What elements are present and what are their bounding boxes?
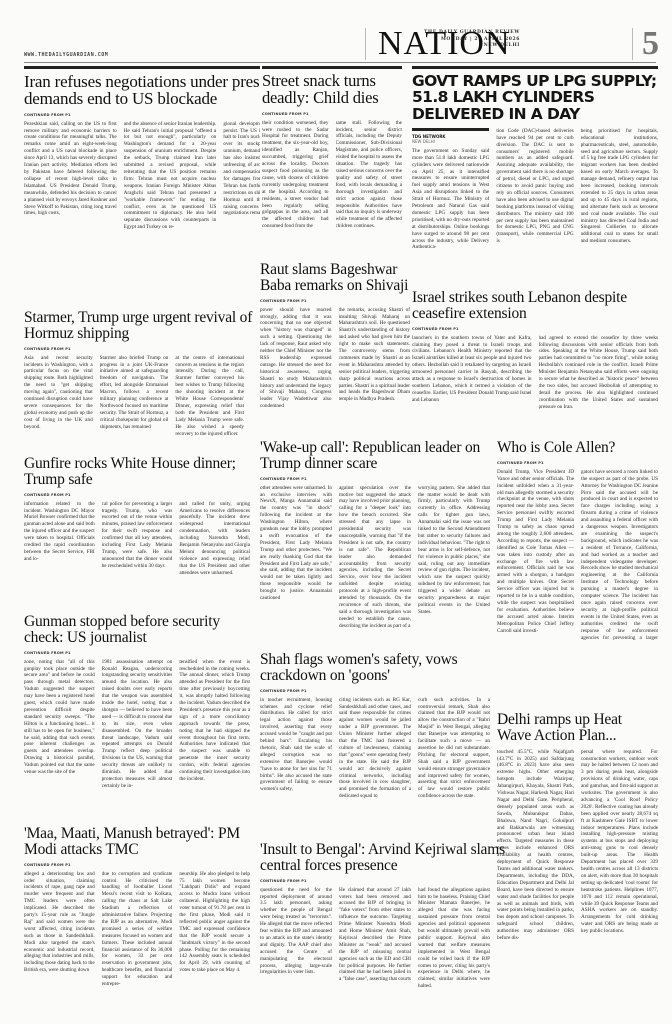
headline[interactable]: Gunman stopped before security check: US… bbox=[24, 614, 250, 646]
headline[interactable]: Gunfire rocks White House dinner; Trump … bbox=[24, 456, 250, 488]
article-column: other attendees were unharmed. In an exc… bbox=[260, 485, 332, 640]
article-column: questioned the need for the reported dep… bbox=[260, 887, 332, 1015]
headline[interactable]: 'Insult to Bengal': Arvind Kejriwal slam… bbox=[260, 842, 520, 874]
article-column: tensified when the event is rescheduled … bbox=[179, 659, 250, 801]
headline[interactable]: Shah flags women's safety, vows crackdow… bbox=[260, 652, 520, 684]
headline[interactable]: Street snack turns deadly: Child dies bbox=[262, 73, 402, 107]
headline[interactable]: 'Wake-up call': Republican leader on Tru… bbox=[260, 440, 490, 472]
article-wake-up-call: 'Wake-up call': Republican leader on Tru… bbox=[260, 440, 490, 640]
article-column: citing incidents such as RG Kar, Sandesh… bbox=[339, 697, 411, 815]
article-column: the remarks, accusing Shastri of insulti… bbox=[339, 307, 411, 419]
article-column: being prioritised for hospitals, educati… bbox=[581, 128, 658, 283]
article-shah: Shah flags women's safety, vows crackdow… bbox=[260, 652, 490, 815]
continued-label: CONTINUED FROM P1 bbox=[260, 879, 490, 883]
article-column: touched 45.5°C, while Najafgarh (43.7°C … bbox=[497, 749, 574, 1011]
article-column: gators have secured a room linked to the… bbox=[581, 469, 658, 641]
article-column: in teacher recruitment, housing schemes … bbox=[260, 697, 332, 815]
article-gunman: Gunman stopped before security check: US… bbox=[24, 614, 250, 801]
article-delhi-heatwave: Delhi ramps up Heat Wave Action Plan... … bbox=[497, 712, 658, 1011]
article-column: same stall. Following the incident, seni… bbox=[336, 120, 403, 252]
article-column: Starmer also briefed Trump on progress i… bbox=[100, 355, 169, 455]
article-column: The government on Sunday said more than … bbox=[412, 148, 489, 252]
article-column: power should have reacted strongly, addi… bbox=[260, 307, 332, 419]
article-column: launchers in the southern towns of Yater… bbox=[412, 335, 532, 435]
article-column: worrying pattern. She added that the mat… bbox=[418, 485, 490, 640]
divider bbox=[632, 28, 633, 60]
article-column: 1981 assassination attempt on Ronald Rea… bbox=[102, 659, 173, 801]
article-column: and called for unity, urging Americans t… bbox=[179, 501, 250, 577]
continued-label: CONTINUED FROM P1 bbox=[24, 863, 250, 867]
article-column: tion Code (DAC)-based deliveries have re… bbox=[496, 128, 573, 283]
article-column: alleged a deteriorating law and order si… bbox=[24, 871, 95, 1013]
byline: TDG NETWORK NEW DELHI bbox=[412, 128, 489, 144]
article-gunfire: Gunfire rocks White House dinner; Trump … bbox=[24, 456, 250, 577]
article-column: and the absence of senior Iranian leader… bbox=[124, 121, 217, 293]
website-url[interactable]: WWW.THEDAILYGUARDIAN.COM bbox=[24, 52, 108, 58]
headline[interactable]: Starmer, Trump urge urgent revival of Ho… bbox=[24, 310, 294, 342]
article-column: their condition worsened, they were rush… bbox=[262, 120, 329, 252]
article-column: persal where required. For construction … bbox=[581, 749, 658, 1011]
article-cole-allen: Who is Cole Allen? CONTINUED FROM P1 Don… bbox=[497, 440, 658, 641]
continued-label: CONTINUED FROM P1 bbox=[260, 299, 410, 303]
article-lpg: GOVT RAMPS UP LPG SUPPLY; 51.8 LAKH CYLI… bbox=[412, 66, 658, 283]
article-israel: Israel strikes south Lebanon despite cea… bbox=[412, 290, 658, 435]
article-column: had agreed to extend the ceasefire by th… bbox=[539, 335, 659, 435]
continued-label: CONTINUED FROM P1 bbox=[412, 327, 658, 331]
article-column: against speculation over the motive but … bbox=[339, 485, 411, 640]
article-column: due to corruption and syndicate control.… bbox=[102, 871, 173, 1013]
article-column: at the centre of international concern a… bbox=[175, 355, 244, 455]
continued-label: CONTINUED FROM P1 bbox=[262, 112, 402, 116]
top-bar bbox=[262, 66, 402, 69]
article-column: neurship. He also pledged to help 75 lak… bbox=[179, 871, 250, 1013]
continued-label: CONTINUED FROM P1 bbox=[24, 651, 250, 655]
headline[interactable]: Israel strikes south Lebanon despite cea… bbox=[412, 290, 658, 322]
article-column: had found the allegations against him to… bbox=[418, 887, 490, 1015]
masthead-rule bbox=[24, 62, 656, 63]
continued-label: CONTINUED FROM P1 bbox=[260, 477, 490, 481]
continued-label: CONTINUED FROM P1 bbox=[497, 461, 658, 465]
article-kejriwal: 'Insult to Bengal': Arvind Kejriwal slam… bbox=[260, 842, 490, 1015]
article-maa-maati-manush: 'Maa, Maati, Manush betrayed': PM Modi a… bbox=[24, 826, 250, 1013]
page-number: 5 bbox=[642, 24, 659, 64]
masthead: WWW.THEDAILYGUARDIAN.COM THE DAILY GUARD… bbox=[0, 0, 672, 62]
divider bbox=[365, 28, 366, 60]
top-bar bbox=[412, 66, 658, 69]
continued-label: CONTINUED FROM P1 bbox=[260, 689, 490, 693]
article-column: Asia and recent security incidents in Wa… bbox=[24, 355, 93, 455]
headline[interactable]: Raut slams Bageshwar Baba remarks on Shi… bbox=[260, 262, 410, 294]
article-column: information related to the incident. Was… bbox=[24, 501, 95, 577]
section-title: NATION bbox=[378, 24, 511, 64]
article-column: Donald Trump, Vice President JD Vance an… bbox=[497, 469, 574, 641]
article-starmer: Starmer, Trump urge urgent revival of Ho… bbox=[24, 310, 244, 455]
continued-label: CONTINUED FROM P1 bbox=[24, 347, 244, 351]
headline[interactable]: Who is Cole Allen? bbox=[497, 440, 658, 456]
article-street-snack: Street snack turns deadly: Child dies CO… bbox=[260, 66, 402, 252]
headline[interactable]: GOVT RAMPS UP LPG SUPPLY; 51.8 LAKH CYLI… bbox=[412, 73, 658, 122]
continued-label: CONTINUED FROM P1 bbox=[24, 493, 250, 497]
article-column: zone, noting that "all of this gunplay t… bbox=[24, 659, 95, 801]
article-raut: Raut slams Bageshwar Baba remarks on Shi… bbox=[260, 262, 410, 419]
article-column: He claimed that around 27 lakh voters ha… bbox=[339, 887, 411, 1015]
article-column: curb such activities. In a controversial… bbox=[418, 697, 490, 815]
article-column: Pezeshkian said, calling on the US to fi… bbox=[24, 121, 117, 293]
headline[interactable]: 'Maa, Maati, Manush betrayed': PM Modi a… bbox=[24, 826, 250, 858]
article-column: cal police for preventing a larger trage… bbox=[102, 501, 173, 577]
headline[interactable]: Delhi ramps up Heat Wave Action Plan... bbox=[497, 712, 658, 744]
byline-place: NEW DELHI bbox=[412, 139, 489, 144]
